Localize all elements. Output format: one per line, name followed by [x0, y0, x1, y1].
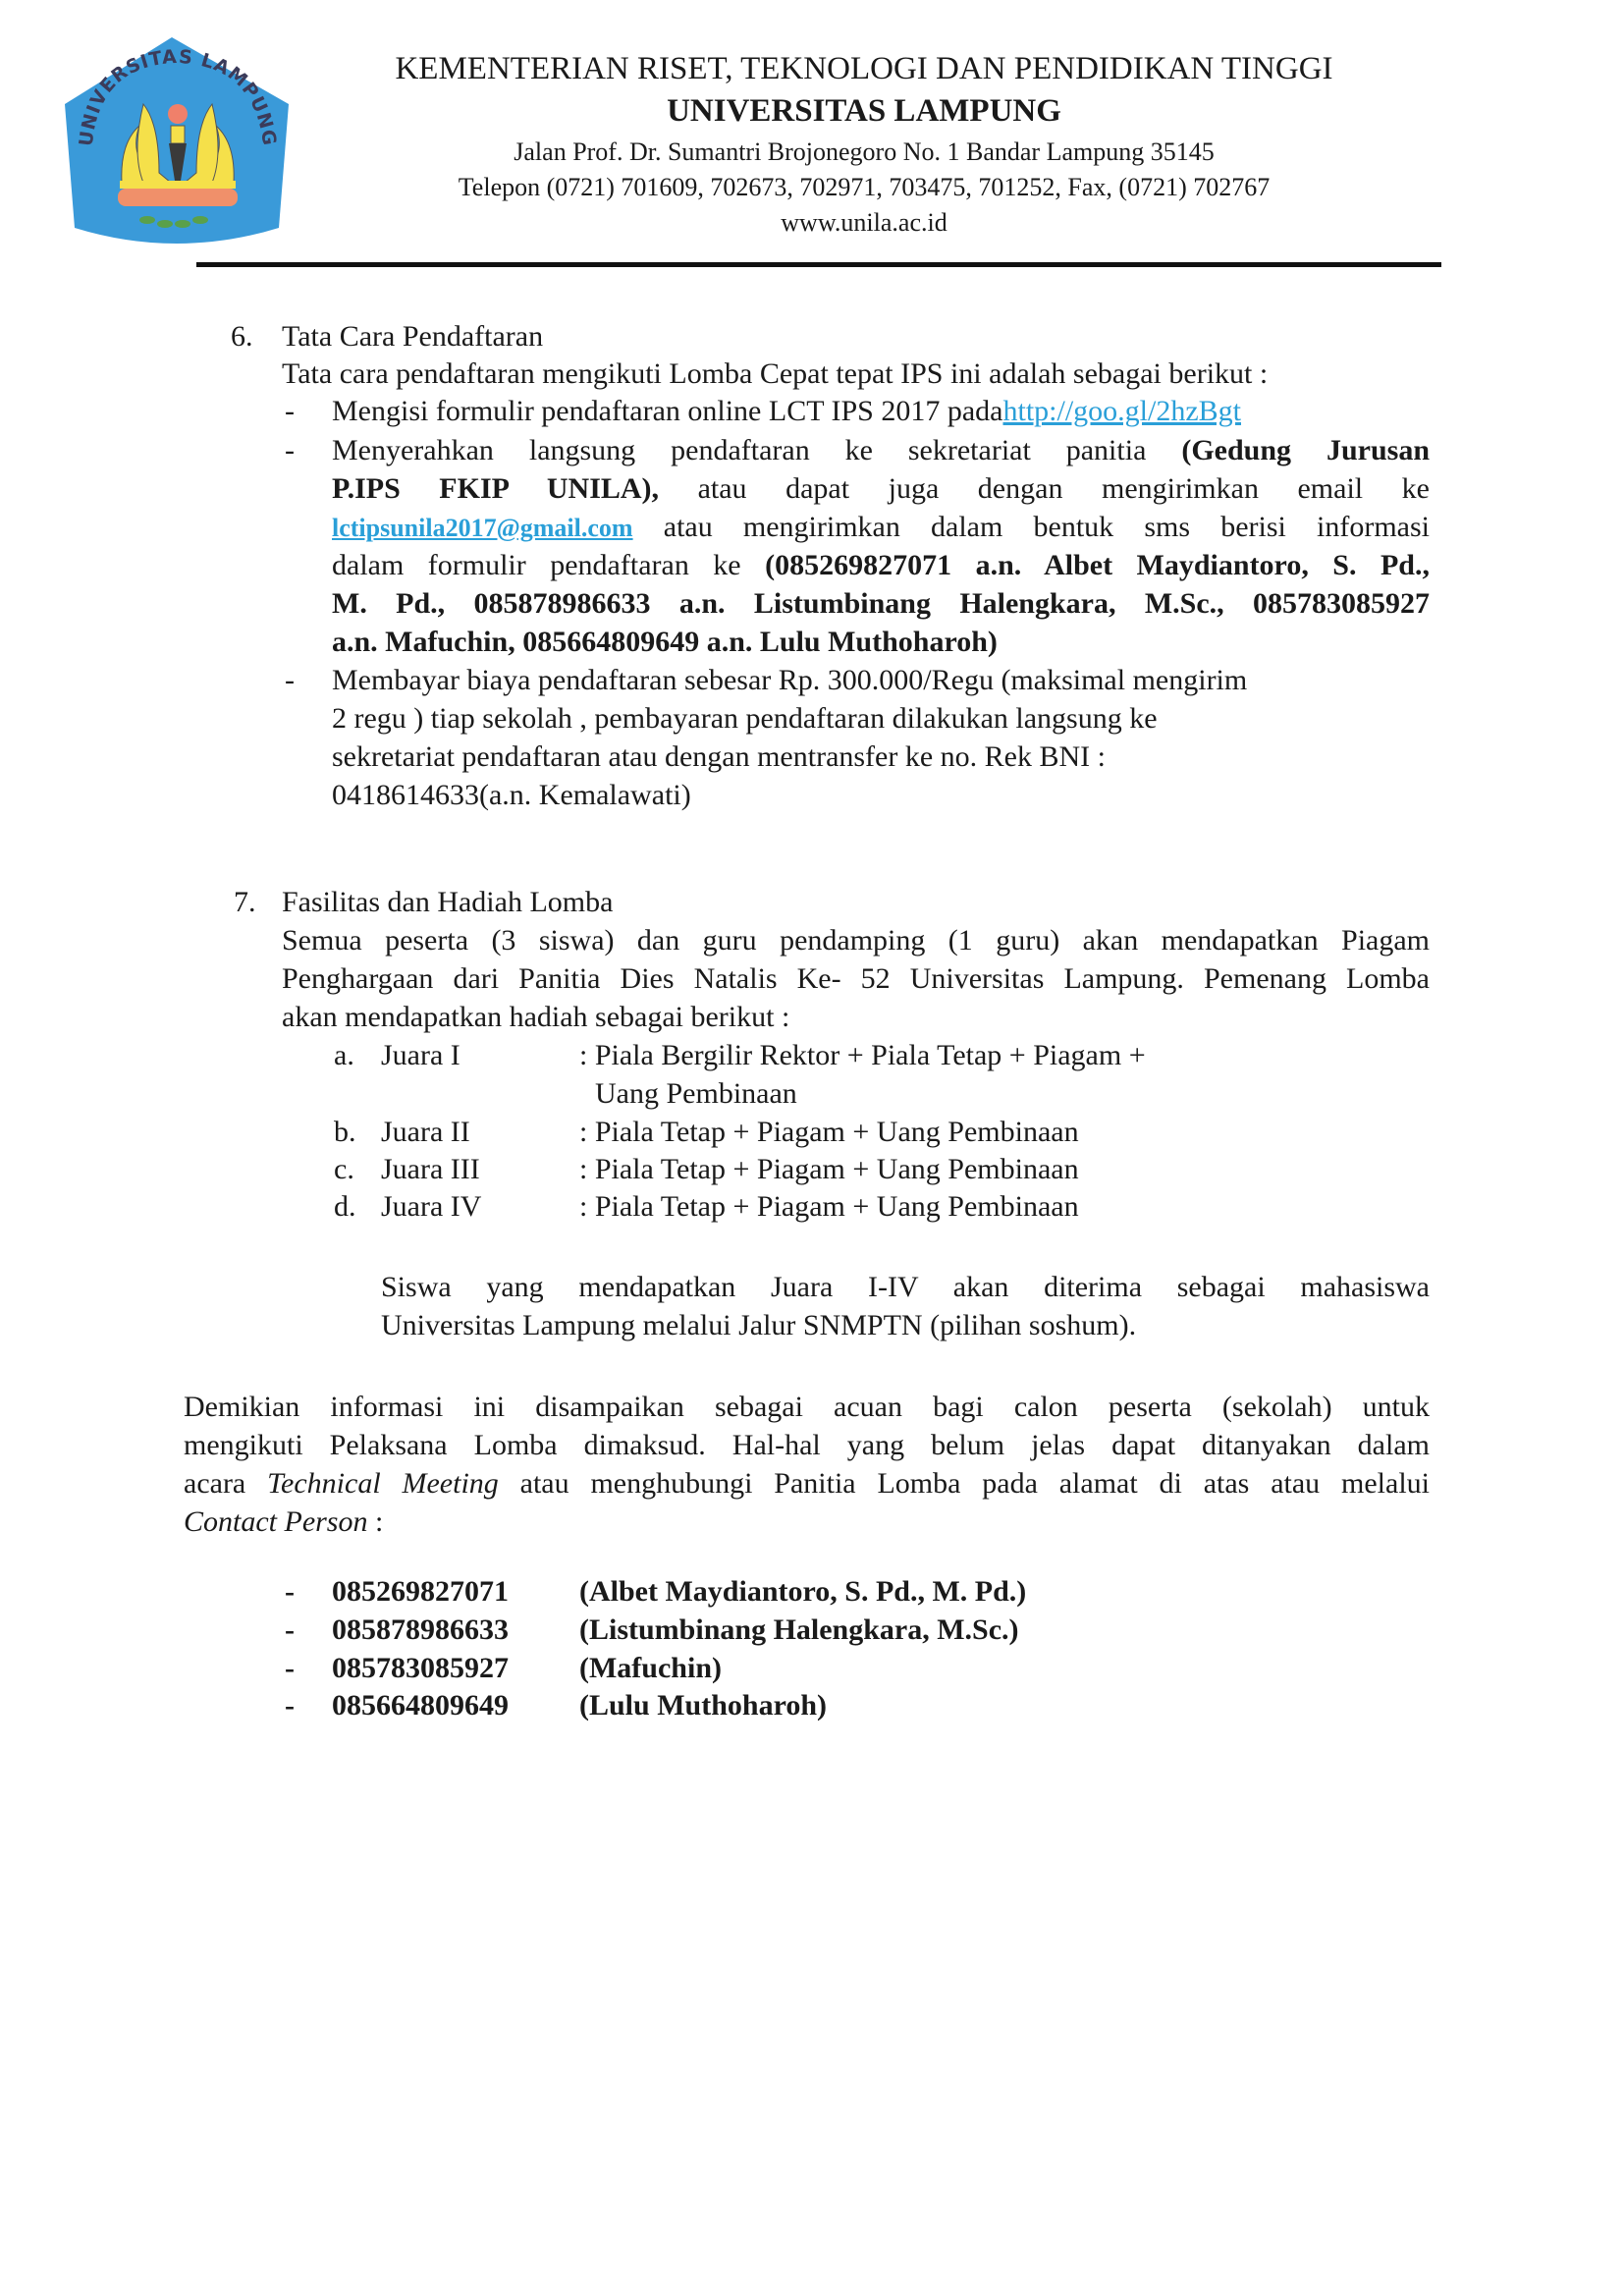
item-line: a.n. Mafuchin, 085664809649 a.n. Lulu Mu…	[332, 626, 998, 659]
item-line: Menyerahkan langsung pendaftaran ke sekr…	[332, 434, 1430, 467]
closing-line: mengikuti Pelaksana Lomba dimaksud. Hal-…	[184, 1429, 1430, 1462]
closing-line: Demikian informasi ini disampaikan sebag…	[184, 1391, 1430, 1424]
bullet: -	[285, 664, 295, 697]
contact-phone: 085269827071	[332, 1575, 509, 1609]
section-intro-line: Semua peserta (3 siswa) dan guru pendamp…	[282, 924, 1430, 957]
contact-bullet: -	[285, 1575, 295, 1609]
list-item-online-form: Mengisi formulir pendaftaran online LCT …	[332, 395, 1241, 428]
prize-reward-cont: Uang Pembinaan	[595, 1077, 797, 1111]
prize-reward: : Piala Bergilir Rektor + Piala Tetap + …	[579, 1039, 1146, 1072]
section-title: Tata Cara Pendaftaran	[282, 320, 543, 354]
admission-note-line: Universitas Lampung melalui Jalur SNMPTN…	[381, 1309, 1136, 1342]
prize-reward: : Piala Tetap + Piagam + Uang Pembinaan	[579, 1153, 1079, 1186]
contact-bullet: -	[285, 1689, 295, 1722]
closing-line: Contact Person :	[184, 1505, 383, 1539]
item-line: lctipsunila2017@gmail.com atau mengirimk…	[332, 511, 1430, 544]
prize-rank: Juara III	[381, 1153, 480, 1186]
university-logo-icon: UNIVERSITAS LAMPUNG	[61, 35, 293, 253]
section-intro-line: Penghargaan dari Panitia Dies Natalis Ke…	[282, 962, 1430, 996]
bullet: -	[285, 434, 295, 467]
website: www.unila.ac.id	[285, 208, 1443, 238]
prize-letter: c.	[334, 1153, 354, 1186]
ministry-name: KEMENTERIAN RISET, TEKNOLOGI DAN PENDIDI…	[285, 51, 1443, 87]
email-link[interactable]: lctipsunila2017@gmail.com	[332, 514, 633, 542]
prize-reward: : Piala Tetap + Piagam + Uang Pembinaan	[579, 1190, 1079, 1224]
item-line: dalam formulir pendaftaran ke (085269827…	[332, 549, 1430, 582]
contact-name: (Lulu Muthoharoh)	[579, 1689, 827, 1722]
university-name: UNIVERSITAS LAMPUNG	[285, 93, 1443, 130]
contact-name: (Listumbinang Halengkara, M.Sc.)	[579, 1613, 1019, 1647]
section-number: 7.	[234, 886, 256, 919]
item-line: 0418614633(a.n. Kemalawati)	[332, 779, 691, 812]
item-line: Membayar biaya pendaftaran sebesar Rp. 3…	[332, 664, 1247, 697]
contact-phone: 085878986633	[332, 1613, 509, 1647]
item-line: 2 regu ) tiap sekolah , pembayaran penda…	[332, 702, 1158, 736]
section-number: 6.	[231, 320, 253, 354]
prize-letter: a.	[334, 1039, 354, 1072]
item-line: sekretariat pendaftaran atau dengan ment…	[332, 740, 1106, 774]
prize-reward: : Piala Tetap + Piagam + Uang Pembinaan	[579, 1116, 1079, 1149]
item-line: M. Pd., 085878986633 a.n. Listumbinang H…	[332, 587, 1430, 621]
bullet: -	[285, 395, 295, 428]
letterhead-divider	[196, 262, 1441, 267]
phone-fax: Telepon (0721) 701609, 702673, 702971, 7…	[285, 173, 1443, 202]
admission-note-line: Siswa yang mendapatkan Juara I-IV akan d…	[381, 1271, 1430, 1304]
address: Jalan Prof. Dr. Sumantri Brojonegoro No.…	[285, 137, 1443, 167]
closing-line: acara Technical Meeting atau menghubungi…	[184, 1467, 1430, 1501]
prize-rank: Juara IV	[381, 1190, 481, 1224]
section-intro-line: akan mendapatkan hadiah sebagai berikut …	[282, 1001, 789, 1034]
prize-rank: Juara I	[381, 1039, 460, 1072]
contact-bullet: -	[285, 1652, 295, 1685]
prize-letter: b.	[334, 1116, 356, 1149]
contact-bullet: -	[285, 1613, 295, 1647]
item-line: P.IPS FKIP UNILA), atau dapat juga denga…	[332, 472, 1430, 506]
section-intro: Tata cara pendaftaran mengikuti Lomba Ce…	[282, 357, 1268, 391]
contact-phone: 085783085927	[332, 1652, 509, 1685]
contact-name: (Mafuchin)	[579, 1652, 722, 1685]
prize-letter: d.	[334, 1190, 356, 1224]
prize-rank: Juara II	[381, 1116, 470, 1149]
section-title: Fasilitas dan Hadiah Lomba	[282, 886, 613, 919]
item-text: Mengisi formulir pendaftaran online LCT …	[332, 395, 1002, 427]
registration-link[interactable]: http://goo.gl/2hzBgt	[1002, 395, 1241, 427]
contact-name: (Albet Maydiantoro, S. Pd., M. Pd.)	[579, 1575, 1026, 1609]
contact-phone: 085664809649	[332, 1689, 509, 1722]
